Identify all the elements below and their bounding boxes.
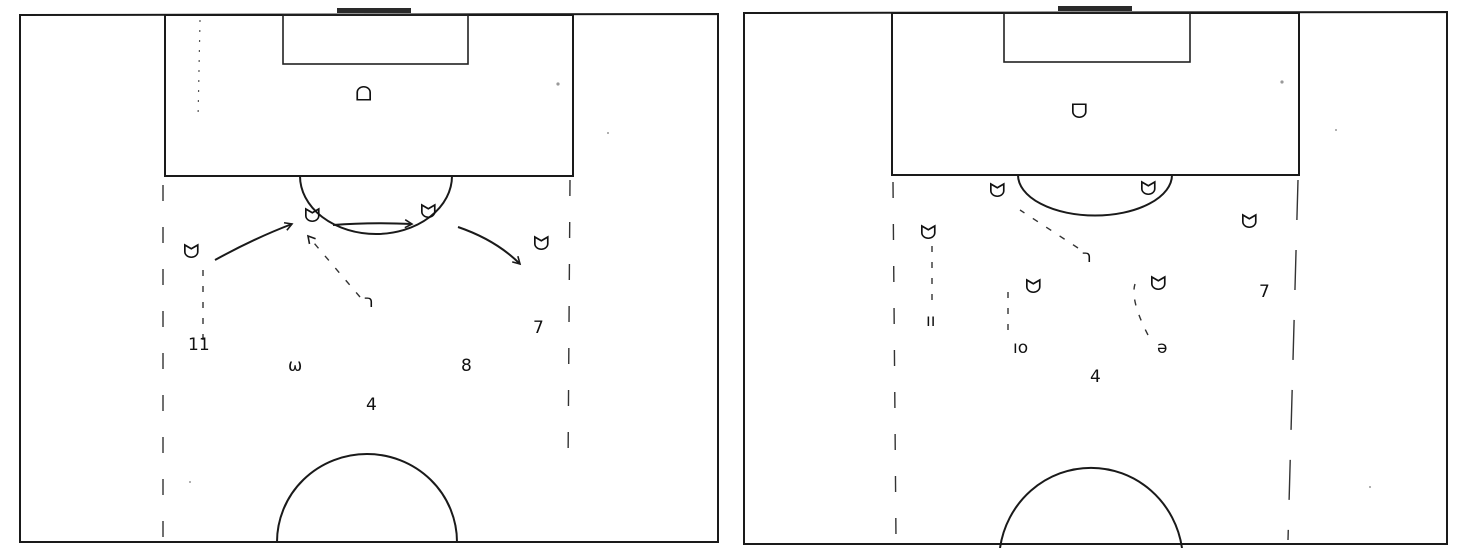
player-number: ıı xyxy=(926,311,935,331)
goalkeeper-marker: ᗜ xyxy=(1071,99,1088,123)
player-number: 11 xyxy=(188,335,210,355)
goal-bar xyxy=(337,8,411,13)
goal-bar xyxy=(1058,6,1132,11)
run-arrow xyxy=(308,236,360,297)
opponent-marker: ᗢ xyxy=(989,178,1006,202)
run-arrow xyxy=(1020,210,1078,248)
player-number: ר xyxy=(1082,247,1092,267)
left-pitch: ᗜ ᗢ ᗢ ᗢ ᗢ 11 ר 7 ω 8 4 xyxy=(20,8,718,542)
channel-line-left xyxy=(893,182,896,540)
opponent-marker: ᗢ xyxy=(304,203,321,227)
center-circle xyxy=(1000,468,1182,548)
player-number: ıo xyxy=(1013,338,1028,358)
opponent-marker: ᗢ xyxy=(1241,209,1258,233)
center-circle xyxy=(277,454,457,542)
player-number: ω xyxy=(288,356,302,376)
player-number: ר xyxy=(364,292,374,312)
channel-line-right xyxy=(568,180,570,470)
opponent-marker: ᗢ xyxy=(420,199,437,223)
goal-area xyxy=(283,15,468,64)
pass-arrow xyxy=(458,227,520,264)
pitch-outline xyxy=(744,12,1447,544)
player-number: ə xyxy=(1157,338,1167,358)
opponent-marker: ᗢ xyxy=(1025,274,1042,298)
penalty-box xyxy=(892,13,1299,175)
player-number: 7 xyxy=(1259,282,1270,302)
player-number: 4 xyxy=(1090,367,1101,387)
pass-arrow xyxy=(215,224,292,260)
player-number: 7 xyxy=(533,318,544,338)
opponent-marker: ᗢ xyxy=(920,220,937,244)
player-number: 8 xyxy=(461,356,472,376)
faint-guide xyxy=(198,20,200,120)
opponent-marker: ᗢ xyxy=(1150,271,1167,295)
pass-arrow xyxy=(333,223,412,225)
channel-line-right xyxy=(1288,180,1298,540)
goal-area xyxy=(1004,13,1190,62)
opponent-marker: ᗢ xyxy=(183,239,200,263)
goalkeeper-marker: ᗜ xyxy=(355,81,372,105)
opponent-marker: ᗢ xyxy=(1140,176,1157,200)
opponent-marker: ᗢ xyxy=(533,231,550,255)
pitch-diagrams: ᗜ ᗢ ᗢ ᗢ ᗢ 11 ר 7 ω 8 4 ᗜ ᗢ ᗢ ᗢ ᗢ xyxy=(0,0,1460,548)
right-pitch: ᗜ ᗢ ᗢ ᗢ ᗢ ᗢ ᗢ ר ıı 7 ıo ə 4 xyxy=(744,6,1447,548)
run-arrow xyxy=(1134,284,1148,335)
player-number: 4 xyxy=(366,395,377,415)
